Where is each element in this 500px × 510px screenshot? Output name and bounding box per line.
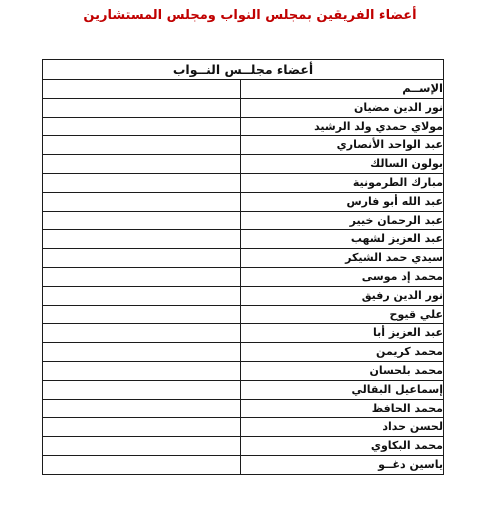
table-header-row: أعضاء مجلــس النــواب xyxy=(43,60,444,80)
table-row: مبارك الطرمونية xyxy=(43,173,444,192)
empty-cell xyxy=(43,399,241,418)
empty-cell xyxy=(43,173,241,192)
table-row: محمد كريمن xyxy=(43,343,444,362)
name-column-header: الإســم xyxy=(241,80,444,99)
table-row: لحسن حداد xyxy=(43,418,444,437)
table-row: نور الدين رفيق xyxy=(43,286,444,305)
table-row: عبد الواحد الأنصاري xyxy=(43,136,444,155)
member-name: بولون السالك xyxy=(241,155,444,174)
member-name: عبد الله أبو فارس xyxy=(241,192,444,211)
table-row: ياسين دغــو xyxy=(43,455,444,474)
empty-cell xyxy=(43,98,241,117)
empty-cell xyxy=(43,437,241,456)
member-name: إسماعيل البقالي xyxy=(241,380,444,399)
table-row: نور الدين مضيان xyxy=(43,98,444,117)
empty-cell xyxy=(43,80,241,99)
empty-cell xyxy=(43,211,241,230)
empty-cell xyxy=(43,117,241,136)
column-header-row: الإســم xyxy=(43,80,444,99)
table-title: أعضاء مجلــس النــواب xyxy=(43,60,444,80)
empty-cell xyxy=(43,249,241,268)
empty-cell xyxy=(43,343,241,362)
empty-cell xyxy=(43,192,241,211)
table-row: محمد إد موسى xyxy=(43,267,444,286)
member-name: مبارك الطرمونية xyxy=(241,173,444,192)
member-name: محمد البكاوي xyxy=(241,437,444,456)
table-row: إسماعيل البقالي xyxy=(43,380,444,399)
member-name: ياسين دغــو xyxy=(241,455,444,474)
page-title: أعضاء الفريقين بمجلس النواب ومجلس المستش… xyxy=(0,8,500,23)
table-row: عبد الله أبو فارس xyxy=(43,192,444,211)
empty-cell xyxy=(43,155,241,174)
member-name: لحسن حداد xyxy=(241,418,444,437)
names-body: نور الدين مضيانمولاي حمدي ولد الرشيدعبد … xyxy=(43,98,444,474)
table-row: مولاي حمدي ولد الرشيد xyxy=(43,117,444,136)
empty-cell xyxy=(43,136,241,155)
member-name: عبد العزيز أبا xyxy=(241,324,444,343)
members-table: أعضاء مجلــس النــواب الإســم نور الدين … xyxy=(42,59,444,475)
table-row: محمد الحافظ xyxy=(43,399,444,418)
member-name: محمد إد موسى xyxy=(241,267,444,286)
member-name: محمد كريمن xyxy=(241,343,444,362)
empty-cell xyxy=(43,361,241,380)
table-row: علي قيوح xyxy=(43,305,444,324)
member-name: مولاي حمدي ولد الرشيد xyxy=(241,117,444,136)
member-name: سيدي حمد الشيكر xyxy=(241,249,444,268)
member-name: عبد الواحد الأنصاري xyxy=(241,136,444,155)
empty-cell xyxy=(43,418,241,437)
table-row: عبد العزيز لشهب xyxy=(43,230,444,249)
table-row: بولون السالك xyxy=(43,155,444,174)
empty-cell xyxy=(43,380,241,399)
member-name: نور الدين رفيق xyxy=(241,286,444,305)
table-row: عبد العزيز أبا xyxy=(43,324,444,343)
empty-cell xyxy=(43,455,241,474)
empty-cell xyxy=(43,286,241,305)
member-name: عبد العزيز لشهب xyxy=(241,230,444,249)
empty-cell xyxy=(43,305,241,324)
table-row: محمد البكاوي xyxy=(43,437,444,456)
member-name: محمد الحافظ xyxy=(241,399,444,418)
table-row: سيدي حمد الشيكر xyxy=(43,249,444,268)
table-row: عبد الرحمان خيير xyxy=(43,211,444,230)
empty-cell xyxy=(43,230,241,249)
empty-cell xyxy=(43,324,241,343)
table-row: محمد بلحسان xyxy=(43,361,444,380)
document-page: { "page": { "title": "أعضاء الفريقين بمج… xyxy=(0,0,500,510)
member-name: محمد بلحسان xyxy=(241,361,444,380)
member-name: عبد الرحمان خيير xyxy=(241,211,444,230)
member-name: علي قيوح xyxy=(241,305,444,324)
member-name: نور الدين مضيان xyxy=(241,98,444,117)
empty-cell xyxy=(43,267,241,286)
